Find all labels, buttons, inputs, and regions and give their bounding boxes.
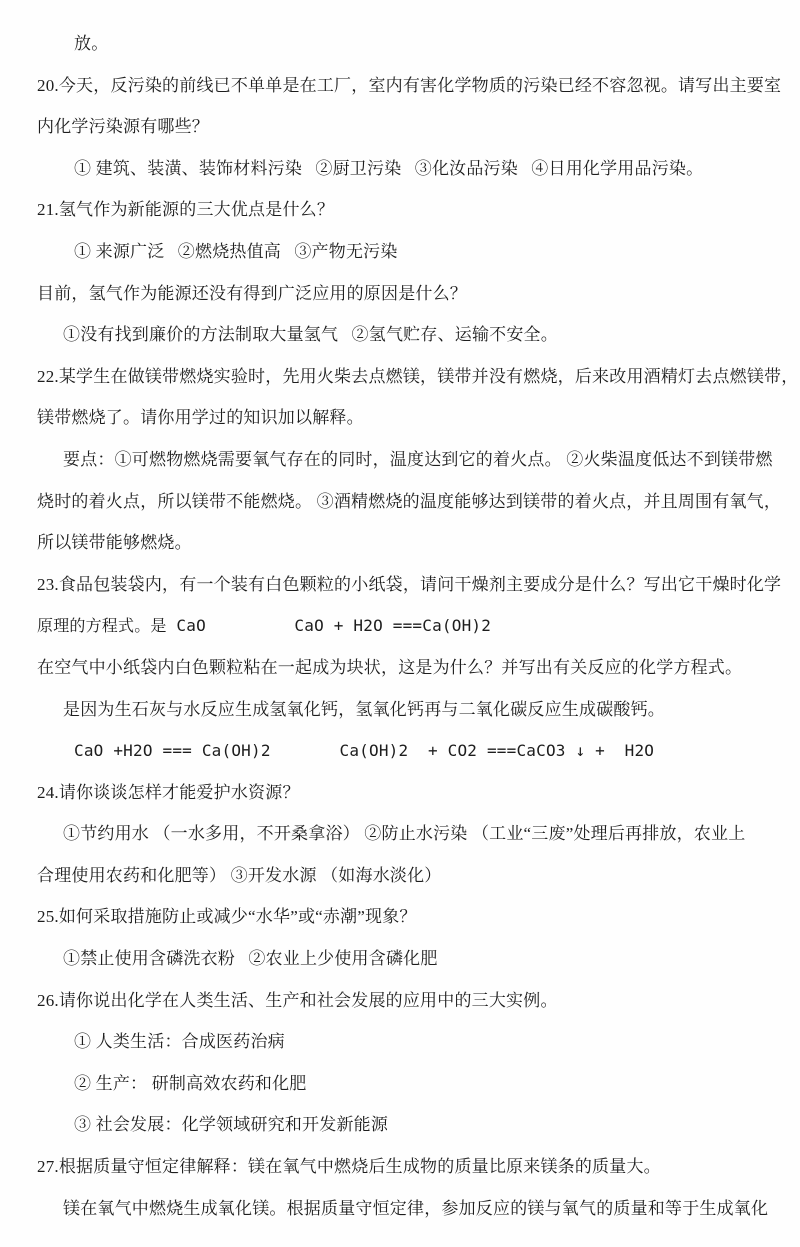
q25-answer: ①禁止使用含磷洗衣粉 ②农业上少使用含磷化肥: [37, 938, 764, 980]
q20-question-line2: 内化学污染源有哪些？: [37, 106, 764, 148]
q20-question-line1: 20.今天，反污染的前线已不单单是在工厂，室内有害化学物质的污染已经不容忽视。请…: [37, 65, 764, 107]
q22-question-line1: 22.某学生在做镁带燃烧实验时，先用火柴去点燃镁，镁带并没有燃烧，后来改用酒精灯…: [37, 356, 764, 398]
q19-answer-tail: 放。: [37, 23, 764, 65]
q23-answer-text: 是因为生石灰与水反应生成氢氧化钙，氢氧化钙再与二氧化碳反应生成碳酸钙。: [37, 689, 764, 731]
q22-answer-line2: 烧时的着火点，所以镁带不能燃烧。 ③酒精燃烧的温度能够达到镁带的着火点，并且周围…: [37, 481, 764, 523]
q22-answer-line3: 所以镁带能够燃烧。: [37, 522, 764, 564]
q26-question: 26.请你说出化学在人类生活、生产和社会发展的应用中的三大实例。: [37, 980, 764, 1022]
q23-answer-equation2: CaO +H2O === Ca(OH)2 Ca(OH)2 + CO2 ===Ca…: [37, 730, 764, 772]
document-page: 放。20.今天，反污染的前线已不单单是在工厂，室内有害化学物质的污染已经不容忽视…: [0, 0, 800, 1247]
q26-answer-item1: ① 人类生活：合成医药治病: [37, 1021, 764, 1063]
q26-answer-item2: ② 生产： 研制高效农药和化肥: [37, 1063, 764, 1105]
q27-question: 27.根据质量守恒定律解释：镁在氧气中燃烧后生成物的质量比原来镁条的质量大。: [37, 1146, 764, 1188]
q21-question: 21.氢气作为新能源的三大优点是什么？: [37, 189, 764, 231]
q23-answer-equation1: 原理的方程式。是 CaO CaO + H2O ===Ca(OH)2: [37, 605, 764, 647]
q20-answer: ① 建筑、装潢、装饰材料污染 ②厨卫污染 ③化汝品污染 ④日用化学用品污染。: [37, 148, 764, 190]
q24-answer-line1: ①节约用水 （一水多用，不开桑拿浴） ②防止水污染 （工业“三废”处理后再排放，…: [37, 813, 764, 855]
q23-question-line1: 23.食品包装袋内，有一个装有白色颗粒的小纸袋，请问干燥剂主要成分是什么？写出它…: [37, 564, 764, 606]
q23-question-part2: 在空气中小纸袋内白色颗粒粘在一起成为块状，这是为什么？并写出有关反应的化学方程式…: [37, 647, 764, 689]
q21-answer: ① 来源广泛 ②燃烧热值高 ③产物无污染: [37, 231, 764, 273]
q22-question-line2: 镁带燃烧了。请你用学过的知识加以解释。: [37, 397, 764, 439]
q27-answer-line1: 镁在氧气中燃烧生成氧化镁。根据质量守恒定律，参加反应的镁与氧气的质量和等于生成氧…: [37, 1188, 764, 1230]
q26-answer-item3: ③ 社会发展：化学领域研究和开发新能源: [37, 1104, 764, 1146]
q22-answer-line1: 要点：①可燃物燃烧需要氧气存在的同时，温度达到它的着火点。 ②火柴温度低达不到镁…: [37, 439, 764, 481]
q21-answer-part2: ①没有找到廉价的方法制取大量氢气 ②氢气贮存、运输不安全。: [37, 314, 764, 356]
q21-question-part2: 目前，氢气作为能源还没有得到广泛应用的原因是什么？: [37, 273, 764, 315]
q24-answer-line2: 合理使用农药和化肥等） ③开发水源 （如海水淡化）: [37, 855, 764, 897]
q24-question: 24.请你谈谈怎样才能爱护水资源？: [37, 772, 764, 814]
q25-question: 25.如何采取措施防止或减少“水华”或“赤潮”现象？: [37, 896, 764, 938]
